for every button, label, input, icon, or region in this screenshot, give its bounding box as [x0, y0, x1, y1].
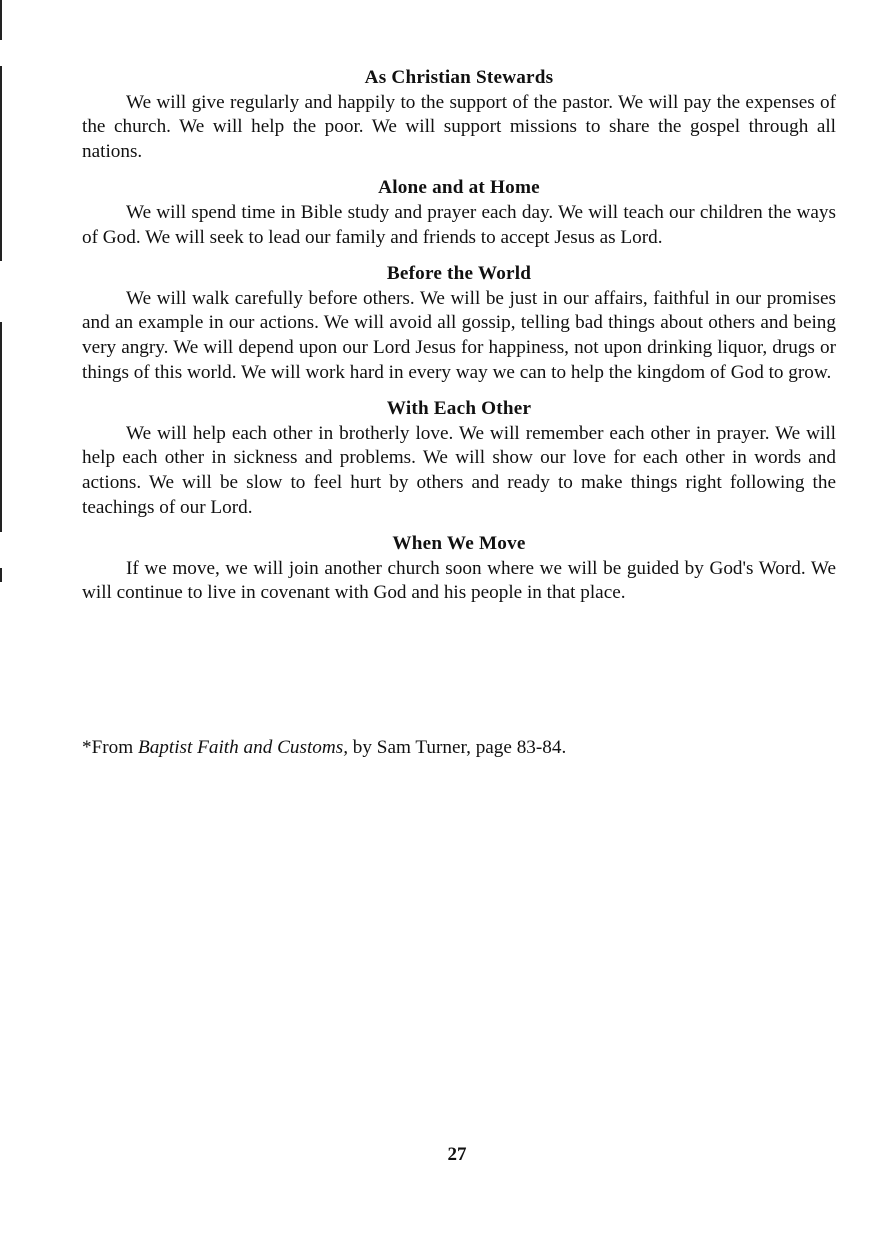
section-text: We will give regularly and happily to th… — [82, 91, 836, 165]
scan-edge-mark — [0, 66, 2, 261]
section-text: We will spend time in Bible study and pr… — [82, 201, 836, 250]
footnote-book-title: Baptist Faith and Customs, — [138, 737, 348, 758]
section-with-each-other: With Each Other We will help each other … — [82, 397, 836, 520]
section-christian-stewards: As Christian Stewards We will give regul… — [82, 66, 836, 164]
section-heading: With Each Other — [82, 397, 836, 422]
section-alone-at-home: Alone and at Home We will spend time in … — [82, 176, 836, 250]
scan-edge-mark — [0, 322, 2, 532]
footnote-suffix: by Sam Turner, page 83-84. — [348, 737, 566, 758]
section-text: We will help each other in brotherly lov… — [82, 422, 836, 520]
section-heading: Before the World — [82, 262, 836, 287]
section-heading: When We Move — [82, 532, 836, 557]
section-before-the-world: Before the World We will walk carefully … — [82, 262, 836, 385]
footnote: *From Baptist Faith and Customs, by Sam … — [82, 737, 566, 759]
page-number: 27 — [0, 1144, 872, 1166]
scan-edge-mark — [0, 0, 2, 40]
section-text: If we move, we will join another church … — [82, 557, 836, 606]
section-heading: Alone and at Home — [82, 176, 836, 201]
scan-edge-mark — [0, 568, 2, 582]
section-when-we-move: When We Move If we move, we will join an… — [82, 532, 836, 606]
document-page: As Christian Stewards We will give regul… — [82, 66, 836, 618]
section-heading: As Christian Stewards — [82, 66, 836, 91]
section-text: We will walk carefully before others. We… — [82, 287, 836, 385]
footnote-prefix: *From — [82, 737, 138, 758]
